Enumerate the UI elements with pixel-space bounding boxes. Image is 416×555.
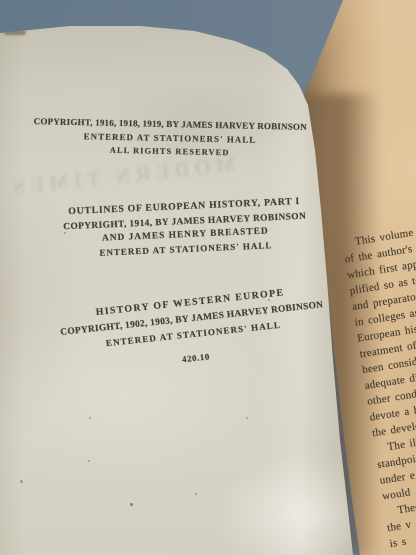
- foxing-spot: [88, 460, 90, 462]
- foxing-spot: [246, 417, 248, 419]
- foxing-spot: [4, 30, 26, 35]
- foxing-spot: [89, 417, 91, 419]
- foxing-spot: [130, 503, 133, 506]
- foxing-spot: [195, 493, 197, 495]
- foxing-spot: [64, 232, 66, 234]
- foxing-spot: [20, 480, 23, 483]
- open-book-photo: This volume is a of the author's Int whi…: [0, 0, 416, 555]
- copyright-block-1916: COPYRIGHT, 1916, 1918, 1919, BY JAMES HA…: [2, 115, 339, 159]
- foxing-spot: [268, 299, 270, 301]
